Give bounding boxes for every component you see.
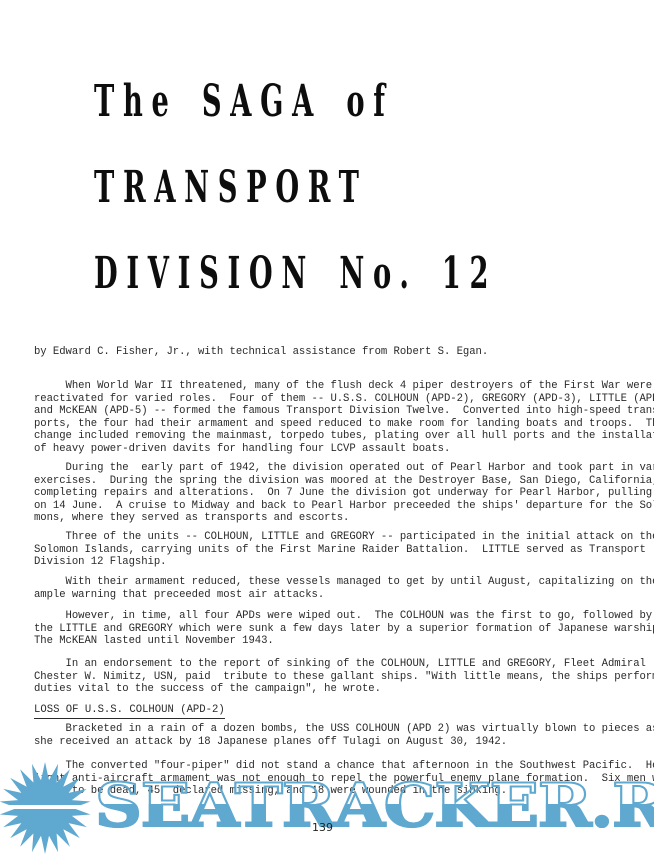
paragraph-3: Three of the units -- COLHOUN, LITTLE an…: [34, 531, 644, 569]
paragraph-5: However, in time, all four APDs were wip…: [34, 610, 644, 648]
paragraph-6: In an endorsement to the report of sinki…: [34, 658, 644, 696]
paragraph-7: Bracketed in a rain of a dozen bombs, th…: [34, 723, 644, 748]
title-line-2: TRANSPORT: [94, 166, 368, 210]
watermark-text: SEATRACKER.RU: [95, 776, 654, 836]
page-number: 139: [312, 821, 333, 834]
section-heading: LOSS OF U.S.S. COLHOUN (APD-2): [34, 704, 225, 719]
paragraph-4: With their armament reduced, these vesse…: [34, 576, 644, 601]
paragraph-2: During the early part of 1942, the divis…: [34, 462, 644, 525]
title-line-3: DIVISION No. 12: [94, 252, 497, 296]
paragraph-1: When World War II threatened, many of th…: [34, 380, 644, 456]
title-line-1: The SAGA of: [94, 80, 394, 124]
byline: by Edward C. Fisher, Jr., with technical…: [34, 346, 644, 359]
